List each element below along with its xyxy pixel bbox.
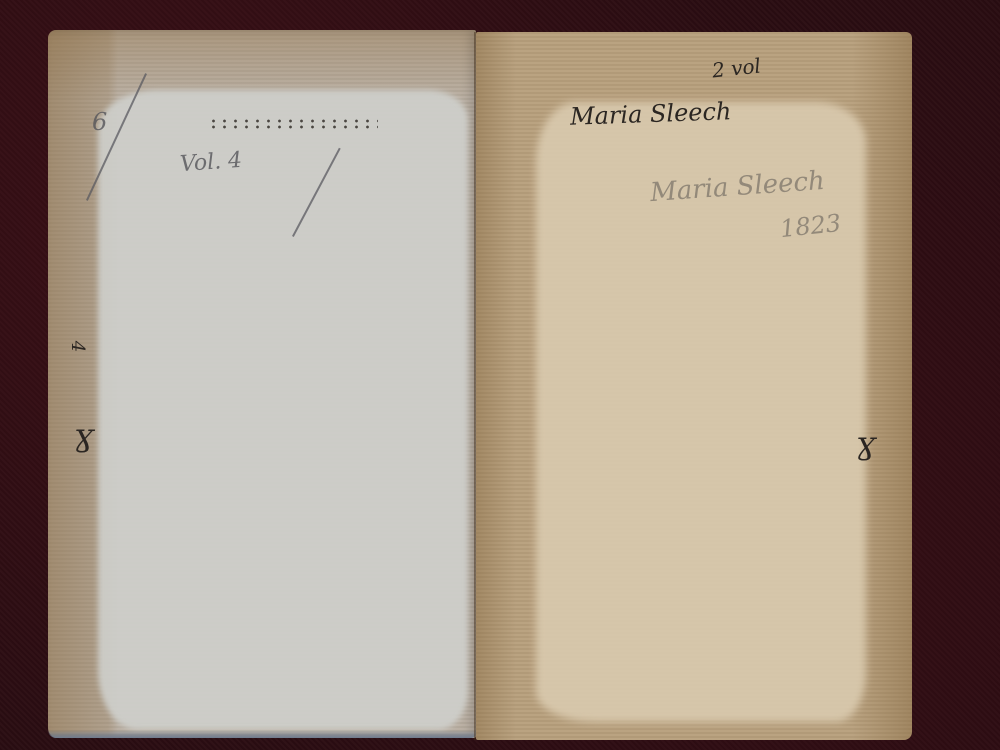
right-endpaper [476,32,912,740]
left-endpaper [48,30,476,738]
pencil-number: 6 [92,108,107,136]
margin-mark-right: Ɣ [856,432,876,465]
margin-mark-left: Ɣ [74,424,94,457]
ink-signature: Maria Sleech [570,97,732,131]
left-cover-edge [48,730,476,738]
ink-spots [208,118,378,130]
open-book: 6 Vol. 4 4 Ɣ 2 vol Maria Sleech Maria Sl… [0,0,1000,750]
margin-mark-top: 4 [67,341,88,352]
left-page-pale-area [98,90,468,730]
ink-volume-note: 2 vol [711,54,762,83]
pencil-volume-note: Vol. 4 [179,148,243,177]
